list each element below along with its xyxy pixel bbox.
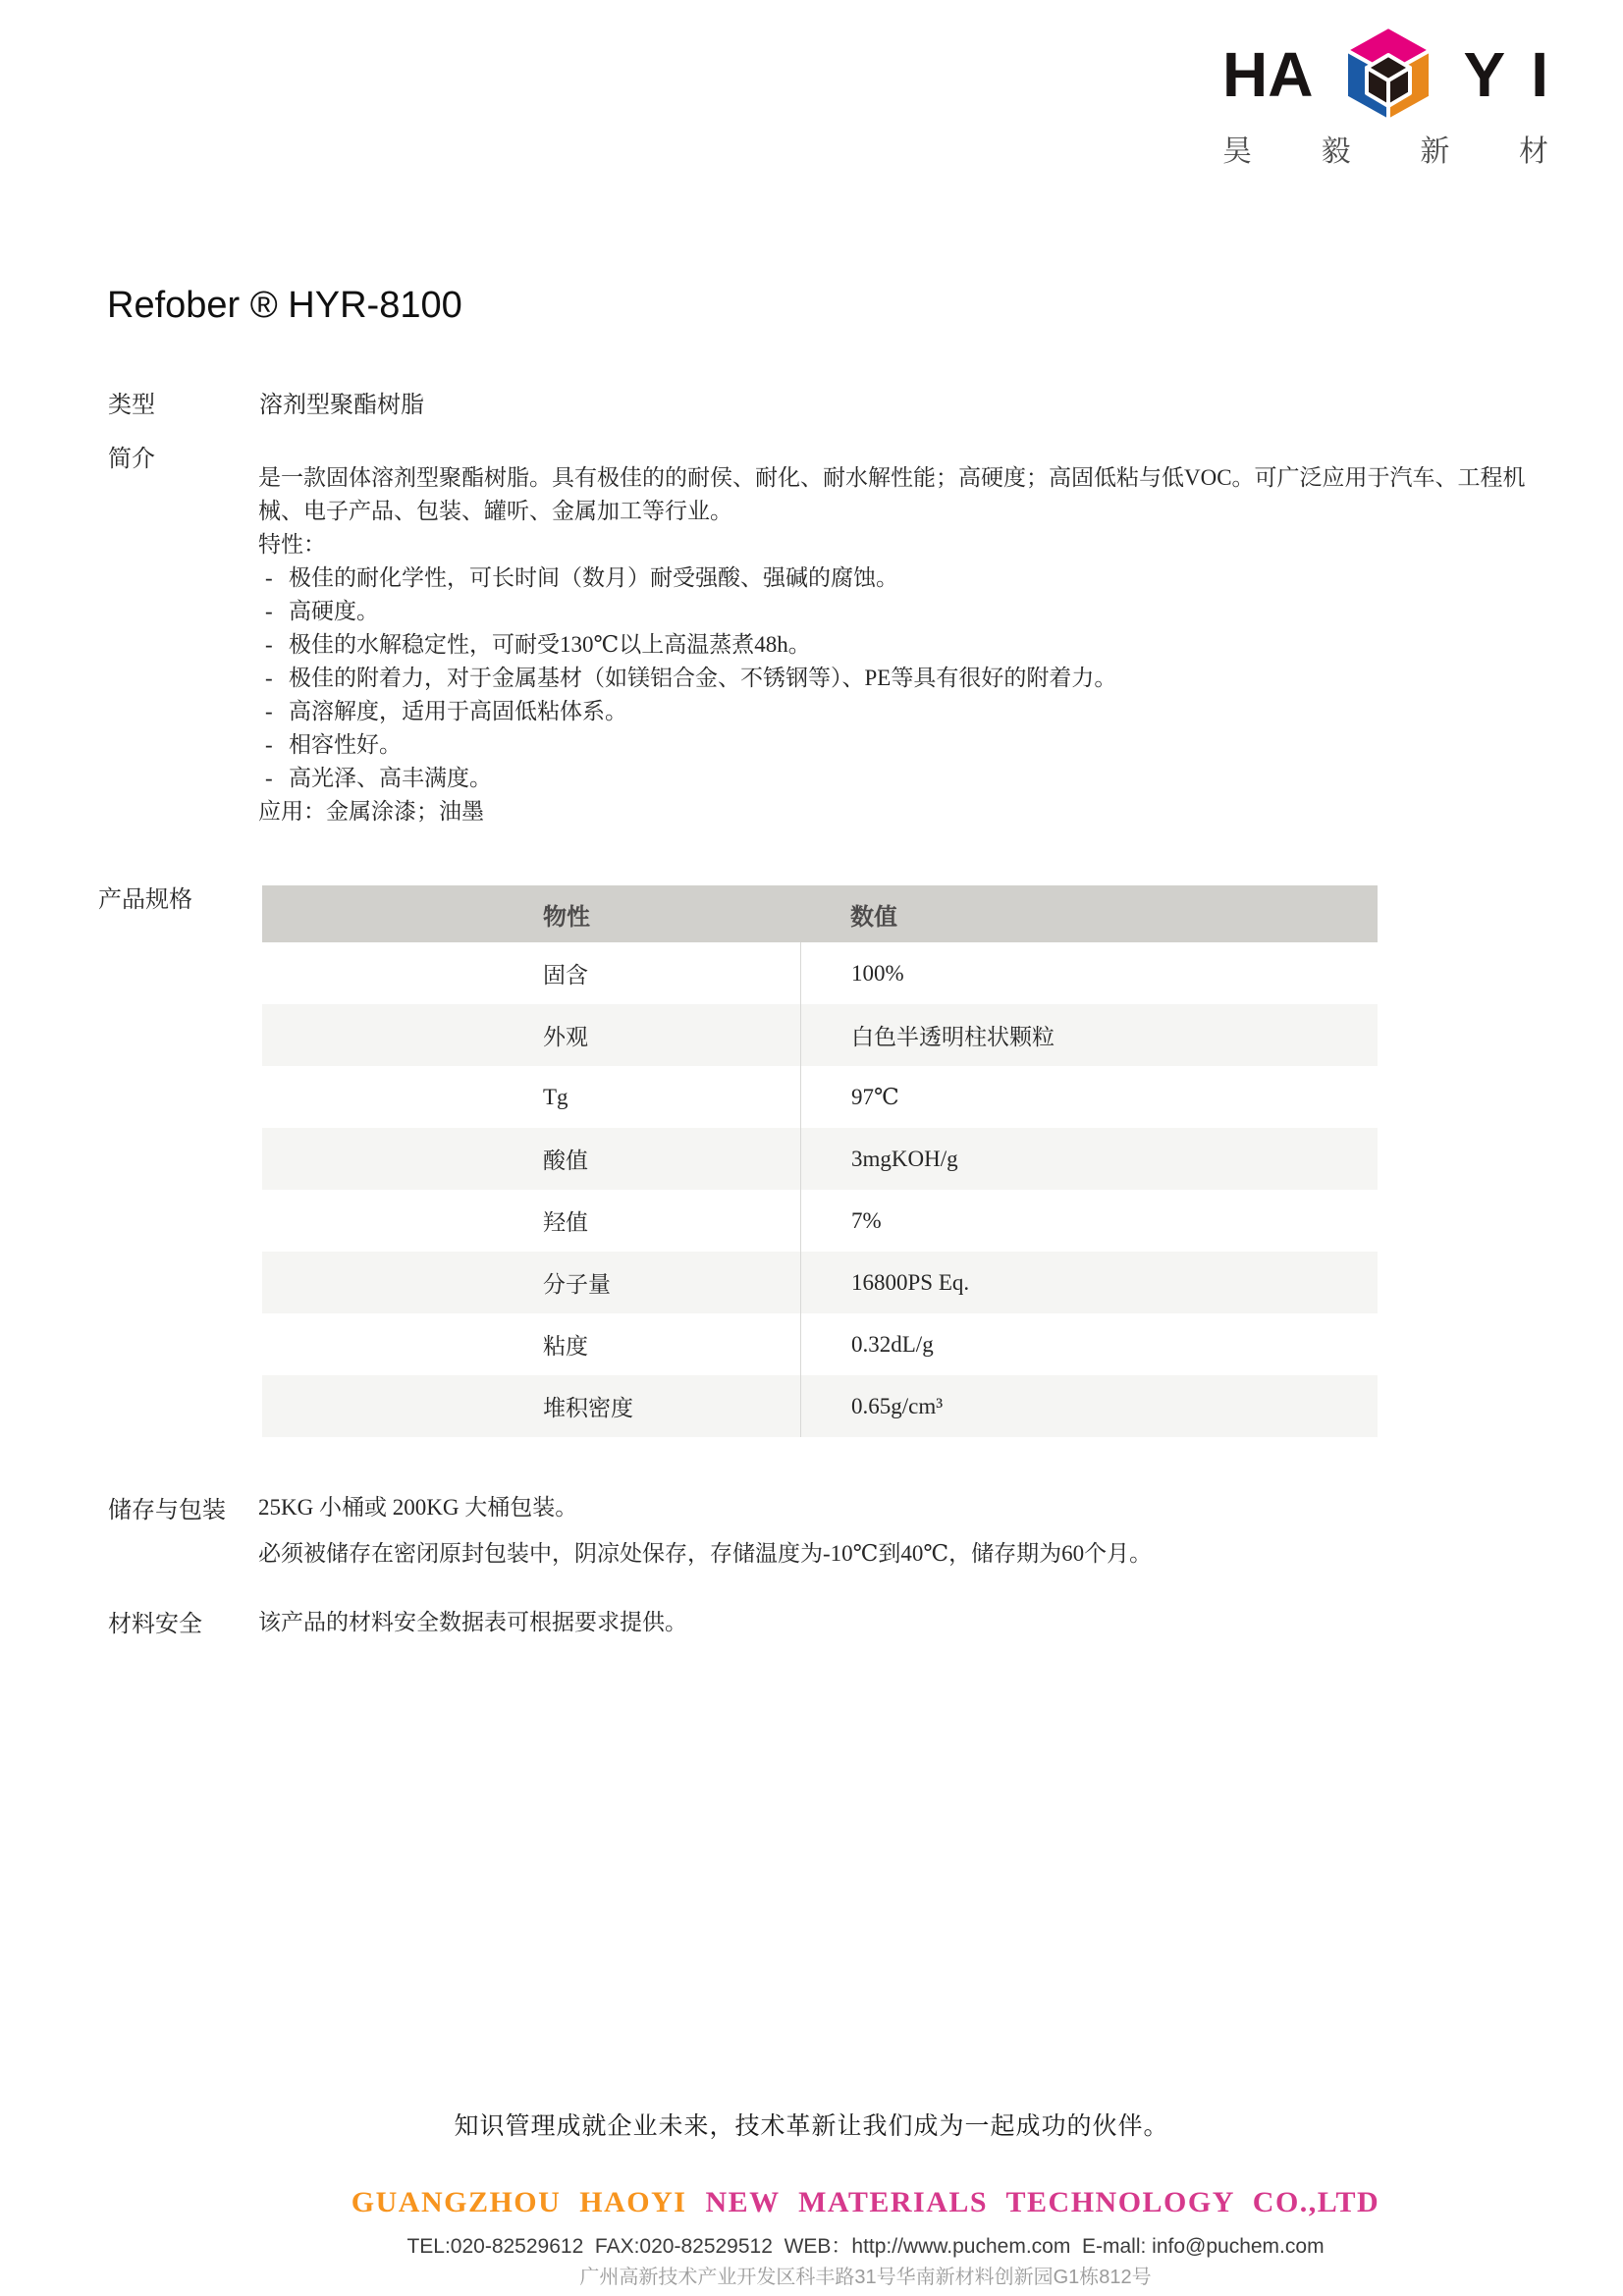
feature-text: 极佳的水解稳定性，可耐受130℃以上高温蒸煮48h。: [289, 628, 811, 662]
bullet-dash: -: [265, 662, 289, 695]
property-cell: 粘度: [262, 1313, 800, 1375]
feature-text: 高硬度。: [289, 595, 379, 628]
intro-body: 是一款固体溶剂型聚酯树脂。具有极佳的的耐侯、耐化、耐水解性能；高硬度；高固低粘与…: [258, 461, 1535, 828]
bullet-dash: -: [265, 695, 289, 728]
company-logo: HA YI 昊 毅 新 材: [1222, 24, 1548, 167]
column-header-value: 数值: [800, 897, 1378, 932]
feature-item: -相容性好。: [258, 728, 1535, 762]
logo-text-yi: YI: [1464, 43, 1574, 106]
storage-body: 25KG 小桶或 200KG 大桶包装。 必须被储存在密闭原封包装中，阴凉处保存…: [258, 1484, 1152, 1576]
value-cell: 97℃: [800, 1066, 1378, 1128]
feature-item: -极佳的水解稳定性，可耐受130℃以上高温蒸煮48h。: [258, 628, 1535, 662]
features-title: 特性：: [258, 528, 1535, 561]
section-label-specs: 产品规格: [98, 880, 192, 914]
contact-line: TEL:020-82529612 FAX:020-82529512 WEB：ht…: [108, 2230, 1623, 2260]
column-header-property: 物性: [262, 897, 800, 932]
applications-line: 应用：金属涂漆；油墨: [258, 795, 1535, 828]
feature-text: 极佳的耐化学性，可长时间（数月）耐受强酸、强碱的腐蚀。: [289, 561, 898, 595]
property-cell: 堆积密度: [262, 1375, 800, 1437]
intro-description: 是一款固体溶剂型聚酯树脂。具有极佳的的耐侯、耐化、耐水解性能；高硬度；高固低粘与…: [258, 461, 1535, 528]
property-cell: Tg: [262, 1066, 800, 1128]
datasheet-page: HA YI 昊 毅 新 材 Refober ® HYR-8100 类型 溶剂型聚…: [0, 0, 1623, 2296]
table-row: 堆积密度 0.65g/cm³: [262, 1375, 1378, 1437]
cube-logo-icon: [1337, 24, 1439, 126]
logo-subtext: 昊 毅 新 材: [1222, 137, 1548, 167]
type-value: 溶剂型聚酯树脂: [259, 385, 424, 419]
table-row: 外观 白色半透明柱状颗粒: [262, 1004, 1378, 1066]
feature-item: -高硬度。: [258, 595, 1535, 628]
bullet-dash: -: [265, 728, 289, 762]
value-cell: 100%: [800, 942, 1378, 1004]
feature-text: 相容性好。: [289, 728, 402, 762]
table-row: 羟值 7%: [262, 1190, 1378, 1252]
logo-sub-char: 昊: [1222, 137, 1252, 167]
storage-line: 25KG 小桶或 200KG 大桶包装。: [258, 1484, 1152, 1530]
value-cell: 3mgKOH/g: [800, 1128, 1378, 1190]
table-row: 酸值 3mgKOH/g: [262, 1128, 1378, 1190]
company-segment-pink: NEW MATERIALS TECHNOLOGY CO.,LTD: [705, 2186, 1380, 2218]
table-row: Tg 97℃: [262, 1066, 1378, 1128]
section-label-intro: 简介: [108, 439, 155, 473]
property-cell: 固含: [262, 942, 800, 1004]
feature-text: 高光泽、高丰满度。: [289, 762, 492, 795]
value-cell: 16800PS Eq.: [800, 1252, 1378, 1313]
table-row: 分子量 16800PS Eq.: [262, 1252, 1378, 1313]
section-label-type: 类型: [108, 385, 155, 419]
value-cell: 7%: [800, 1190, 1378, 1252]
specs-table: 物性 数值 固含 100% 外观 白色半透明柱状颗粒 Tg 97℃ 酸值 3mg…: [262, 885, 1378, 1437]
logo-sub-char: 材: [1519, 137, 1548, 167]
feature-text: 极佳的附着力，对于金属基材（如镁铝合金、不锈钢等）、PE等具有很好的附着力。: [289, 662, 1116, 695]
safety-text: 该产品的材料安全数据表可根据要求提供。: [258, 1604, 687, 1636]
value-cell: 0.32dL/g: [800, 1313, 1378, 1375]
bullet-dash: -: [265, 628, 289, 662]
logo-sub-char: 新: [1420, 137, 1449, 167]
feature-item: -高溶解度，适用于高固低粘体系。: [258, 695, 1535, 728]
feature-text: 高溶解度，适用于高固低粘体系。: [289, 695, 627, 728]
bullet-dash: -: [265, 561, 289, 595]
property-cell: 羟值: [262, 1190, 800, 1252]
table-row: 固含 100%: [262, 942, 1378, 1004]
feature-item: -高光泽、高丰满度。: [258, 762, 1535, 795]
section-label-safety: 材料安全: [108, 1604, 202, 1638]
logo-text-ha: HA: [1222, 43, 1313, 106]
page-title: Refober ® HYR-8100: [107, 286, 462, 327]
storage-line: 必须被储存在密闭原封包装中，阴凉处保存，存储温度为-10℃到40℃，储存期为60…: [258, 1530, 1152, 1576]
feature-item: -极佳的附着力，对于金属基材（如镁铝合金、不锈钢等）、PE等具有很好的附着力。: [258, 662, 1535, 695]
property-cell: 分子量: [262, 1252, 800, 1313]
bullet-dash: -: [265, 595, 289, 628]
bullet-dash: -: [265, 762, 289, 795]
feature-item: -极佳的耐化学性，可长时间（数月）耐受强酸、强碱的腐蚀。: [258, 561, 1535, 595]
footer-slogan: 知识管理成就企业未来，技术革新让我们成为一起成功的伙伴。: [0, 2107, 1623, 2142]
company-segment-orange: GUANGZHOU HAOYI: [352, 2186, 706, 2218]
logo-wordmark: HA YI: [1222, 24, 1548, 126]
address-line: 广州高新技术产业开发区科丰路31号华南新材料创新园G1栋812号: [108, 2261, 1623, 2289]
property-cell: 外观: [262, 1004, 800, 1066]
logo-sub-char: 毅: [1322, 137, 1351, 167]
value-cell: 0.65g/cm³: [800, 1375, 1378, 1437]
table-row: 粘度 0.32dL/g: [262, 1313, 1378, 1375]
value-cell: 白色半透明柱状颗粒: [800, 1004, 1378, 1066]
property-cell: 酸值: [262, 1128, 800, 1190]
features-list: -极佳的耐化学性，可长时间（数月）耐受强酸、强碱的腐蚀。 -高硬度。 -极佳的水…: [258, 561, 1535, 795]
company-name: GUANGZHOU HAOYI NEW MATERIALS TECHNOLOGY…: [108, 2185, 1623, 2220]
specs-header-row: 物性 数值: [262, 885, 1378, 942]
section-label-storage: 储存与包装: [108, 1490, 226, 1524]
